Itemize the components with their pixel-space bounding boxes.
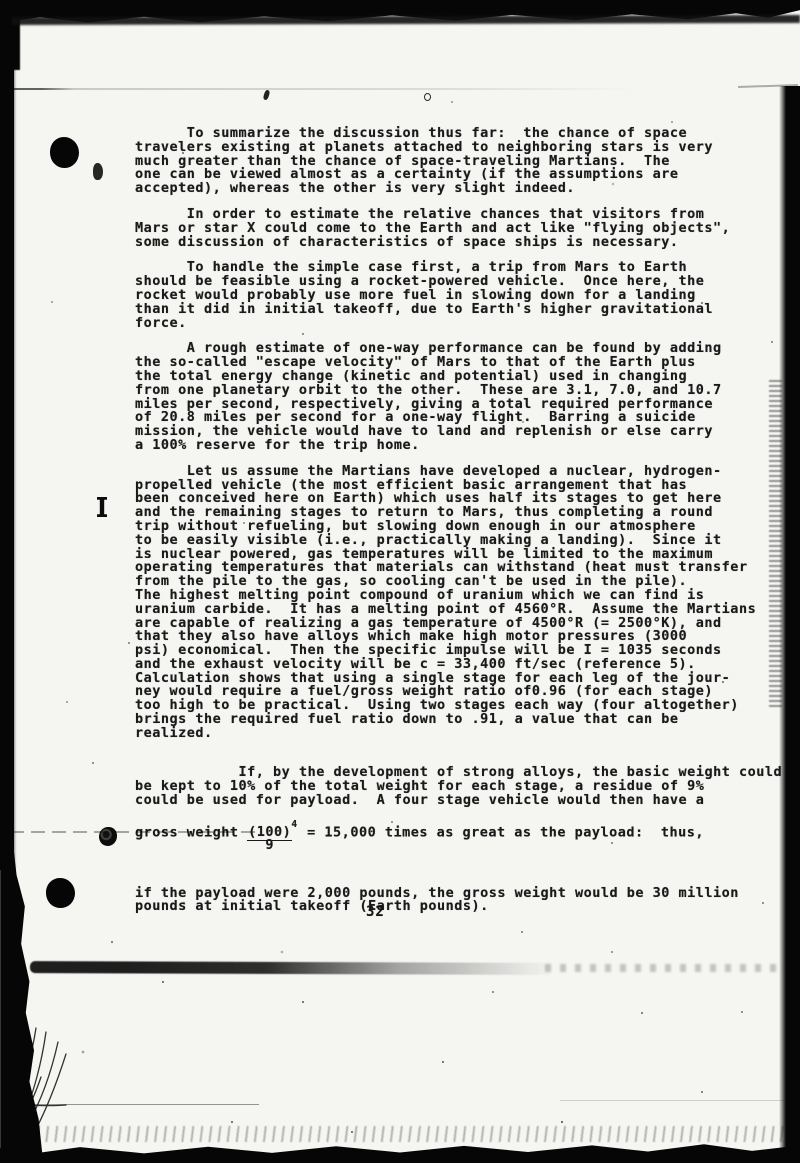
scanned-document-page: To summarize the discussion thus far: th… bbox=[0, 0, 800, 1163]
bottom-speckle-band bbox=[20, 1126, 790, 1142]
paragraph-simple-case: To handle the simple case first, a trip … bbox=[135, 261, 785, 330]
scan-right-edge bbox=[779, 86, 800, 1163]
crease-strike-line bbox=[10, 831, 255, 833]
document-body: To summarize the discussion thus far: th… bbox=[135, 127, 785, 954]
paragraph-estimate-chances: In order to estimate the relative chance… bbox=[135, 208, 785, 249]
formula-suffix: = 15,000 times as great as the payload: … bbox=[299, 824, 705, 840]
alloys-text-tail: if the payload were 2,000 pounds, the gr… bbox=[135, 887, 785, 915]
pen-mark-o bbox=[424, 93, 431, 101]
hole-punch-top bbox=[50, 137, 79, 168]
ink-bar-margin bbox=[97, 497, 107, 517]
page-number: 32 bbox=[366, 904, 385, 920]
scan-bottom-edge bbox=[0, 1141, 800, 1163]
scan-top-edge-streak bbox=[12, 15, 800, 25]
fraction-exponent: 4 bbox=[291, 819, 297, 830]
paragraph-rough-estimate: A rough estimate of one-way performance … bbox=[135, 342, 785, 452]
fraction-denominator: 9 bbox=[265, 839, 274, 853]
hole-punch-bottom bbox=[46, 878, 75, 908]
crease-line-top bbox=[14, 88, 634, 90]
ink-blot-margin bbox=[93, 163, 103, 180]
scan-left-edge bbox=[0, 0, 14, 870]
alloys-text-lines: If, by the development of strong alloys,… bbox=[135, 764, 782, 808]
crease-line-bottom-right bbox=[560, 1100, 795, 1101]
paragraph-strong-alloys: If, by the development of strong alloys,… bbox=[135, 753, 785, 942]
scan-right-edge-noise bbox=[769, 380, 782, 710]
paragraph-nuclear-vehicle: Let us assume the Martians have develope… bbox=[135, 465, 785, 741]
pen-mark-d bbox=[263, 89, 271, 100]
ink-streak-tail bbox=[545, 964, 790, 972]
fraction-100-over-9: (100)9 bbox=[247, 826, 292, 840]
ink-streak bbox=[30, 961, 555, 975]
ink-scribble-margin bbox=[99, 827, 117, 846]
paragraph-summary: To summarize the discussion thus far: th… bbox=[135, 127, 785, 196]
